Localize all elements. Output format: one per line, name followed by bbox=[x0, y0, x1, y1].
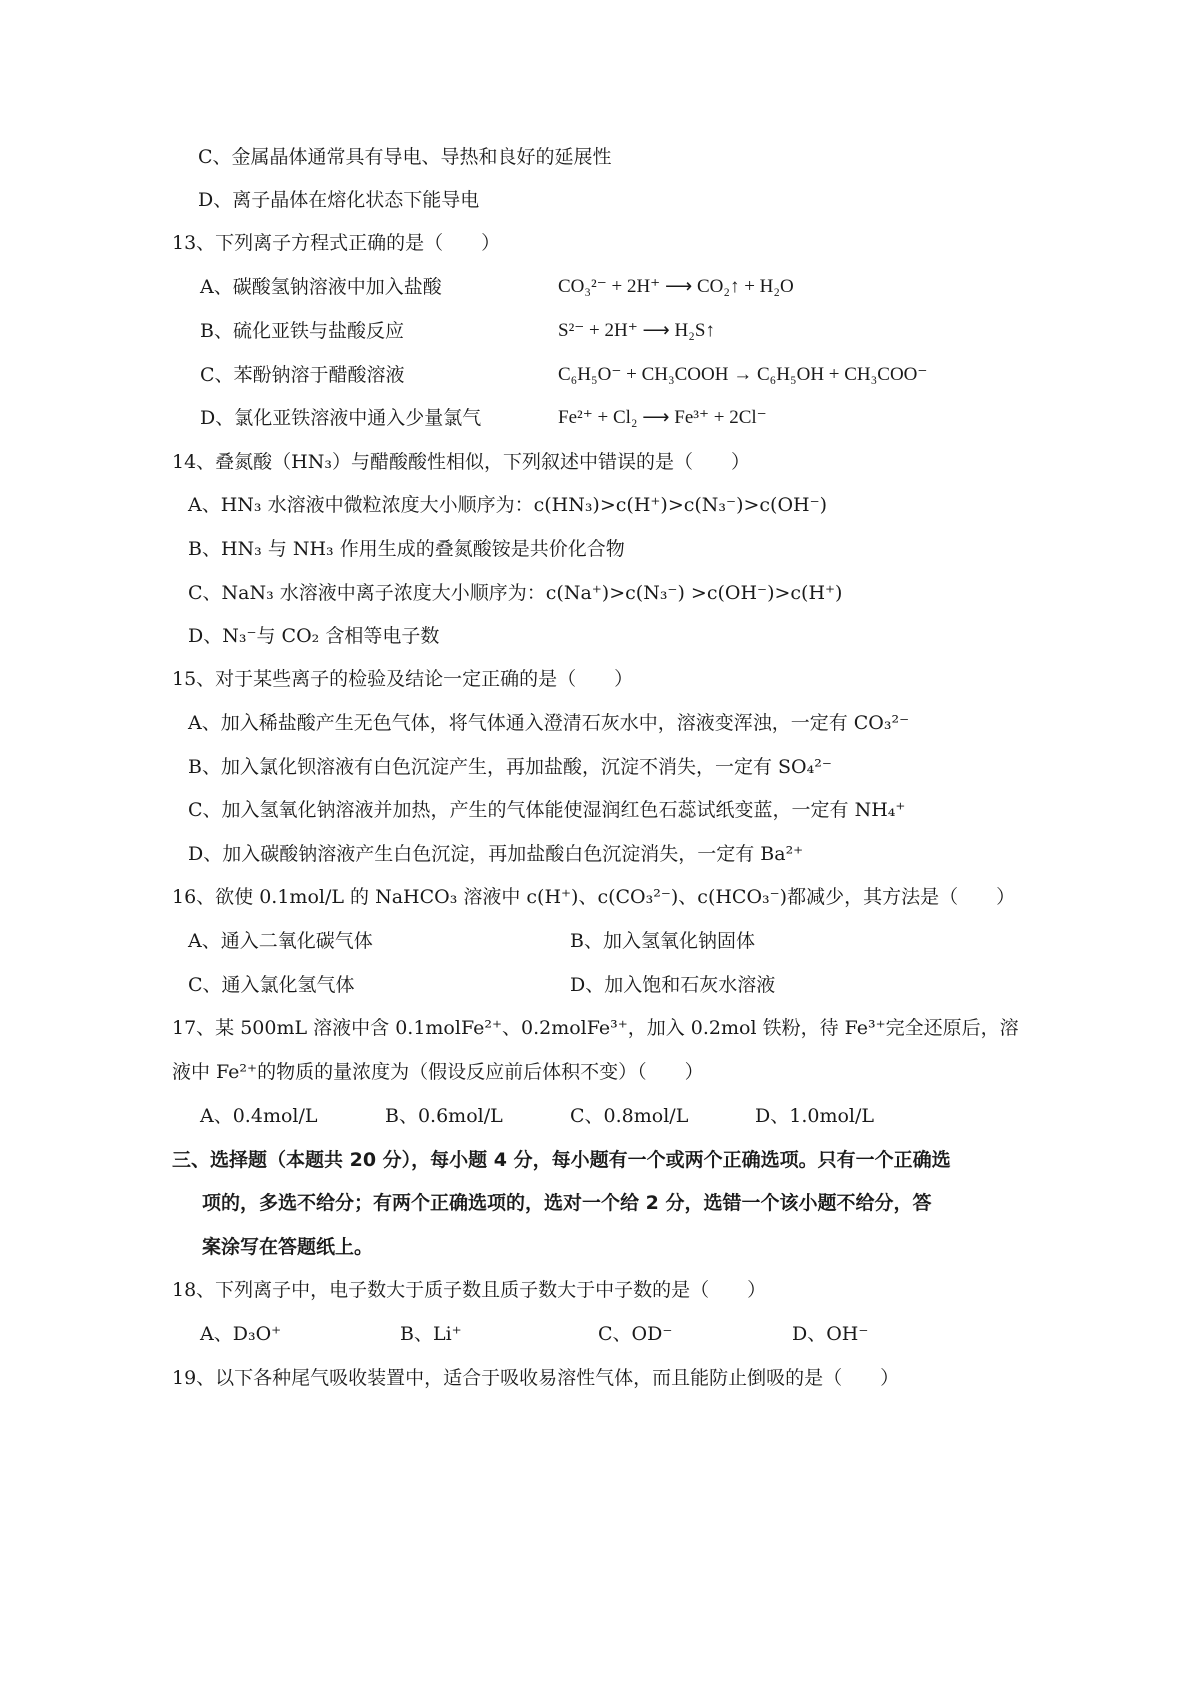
q13-option-b-label: B、硫化亚铁与盐酸反应 bbox=[200, 319, 404, 343]
q18-option-b: B、Li⁺ bbox=[400, 1322, 462, 1346]
q14-option-d: D、N₃⁻与 CO₂ 含相等电子数 bbox=[188, 624, 439, 648]
q12-option-c: C、金属晶体通常具有导电、导热和良好的延展性 bbox=[198, 145, 612, 169]
q13-option-d-label: D、氯化亚铁溶液中通入少量氯气 bbox=[200, 406, 481, 430]
section-3-heading-line2: 项的，多选不给分；有两个正确选项的，选对一个给 2 分，选错一个该小题不给分，答 bbox=[202, 1191, 931, 1215]
q18-option-d: D、OH⁻ bbox=[792, 1322, 868, 1346]
q16-option-a: A、通入二氧化碳气体 bbox=[188, 929, 373, 953]
q17-option-a: A、0.4mol/L bbox=[200, 1104, 318, 1128]
q18-option-c: C、OD⁻ bbox=[598, 1322, 672, 1346]
q13-option-a-label: A、碳酸氢钠溶液中加入盐酸 bbox=[200, 275, 442, 299]
q14-option-b: B、HN₃ 与 NH₃ 作用生成的叠氮酸铵是共价化合物 bbox=[188, 537, 625, 561]
q16-option-d: D、加入饱和石灰水溶液 bbox=[570, 973, 775, 997]
q13-option-b-equation: S²⁻ + 2H⁺ ⟶ H₂S↑ bbox=[558, 319, 715, 342]
q13-option-c-label: C、苯酚钠溶于醋酸溶液 bbox=[200, 363, 405, 387]
section-3-heading-line1: 三、选择题（本题共 20 分），每小题 4 分，每小题有一个或两个正确选项。只有… bbox=[172, 1148, 951, 1172]
q13-stem: 13、下列离子方程式正确的是（ ） bbox=[172, 231, 500, 255]
q13-option-c-equation: C₆H₅O⁻ + CH₃COOH → C₆H₅OH + CH₃COO⁻ bbox=[558, 363, 927, 386]
q17-option-d: D、1.0mol/L bbox=[755, 1104, 874, 1128]
q14-option-c: C、NaN₃ 水溶液中离子浓度大小顺序为：c(Na⁺)>c(N₃⁻) >c(OH… bbox=[188, 581, 842, 605]
q17-stem-line2: 液中 Fe²⁺的物质的量浓度为（假设反应前后体积不变）（ ） bbox=[172, 1060, 704, 1084]
q17-option-b: B、0.6mol/L bbox=[385, 1104, 503, 1128]
q15-stem: 15、对于某些离子的检验及结论一定正确的是（ ） bbox=[172, 667, 633, 691]
q16-option-b: B、加入氢氧化钠固体 bbox=[570, 929, 755, 953]
q14-stem: 14、叠氮酸（HN₃）与醋酸酸性相似，下列叙述中错误的是（ ） bbox=[172, 450, 750, 474]
q15-option-d: D、加入碳酸钠溶液产生白色沉淀，再加盐酸白色沉淀消失，一定有 Ba²⁺ bbox=[188, 842, 803, 866]
q15-option-b: B、加入氯化钡溶液有白色沉淀产生，再加盐酸，沉淀不消失，一定有 SO₄²⁻ bbox=[188, 755, 832, 779]
q17-stem-line1: 17、某 500mL 溶液中含 0.1molFe²⁺、0.2molFe³⁺，加入… bbox=[172, 1016, 1019, 1040]
q18-stem: 18、下列离子中，电子数大于质子数且质子数大于中子数的是（ ） bbox=[172, 1278, 766, 1302]
section-3-heading-line3: 案涂写在答题纸上。 bbox=[202, 1235, 373, 1259]
q12-option-d: D、离子晶体在熔化状态下能导电 bbox=[198, 188, 479, 212]
q17-option-c: C、0.8mol/L bbox=[570, 1104, 688, 1128]
q16-stem: 16、欲使 0.1mol/L 的 NaHCO₃ 溶液中 c(H⁺)、c(CO₃²… bbox=[172, 885, 1015, 909]
q16-option-c: C、通入氯化氢气体 bbox=[188, 973, 355, 997]
q18-option-a: A、D₃O⁺ bbox=[200, 1322, 281, 1346]
q19-stem: 19、以下各种尾气吸收装置中，适合于吸收易溶性气体，而且能防止倒吸的是（ ） bbox=[172, 1366, 899, 1390]
q15-option-a: A、加入稀盐酸产生无色气体，将气体通入澄清石灰水中，溶液变浑浊，一定有 CO₃²… bbox=[188, 711, 909, 735]
q13-option-a-equation: CO₃²⁻ + 2H⁺ ⟶ CO₂↑ + H₂O bbox=[558, 275, 794, 298]
q15-option-c: C、加入氢氧化钠溶液并加热，产生的气体能使湿润红色石蕊试纸变蓝，一定有 NH₄⁺ bbox=[188, 798, 905, 822]
q14-option-a: A、HN₃ 水溶液中微粒浓度大小顺序为：c(HN₃)>c(H⁺)>c(N₃⁻)>… bbox=[188, 493, 827, 517]
q13-option-d-equation: Fe²⁺ + Cl₂ ⟶ Fe³⁺ + 2Cl⁻ bbox=[558, 406, 767, 429]
